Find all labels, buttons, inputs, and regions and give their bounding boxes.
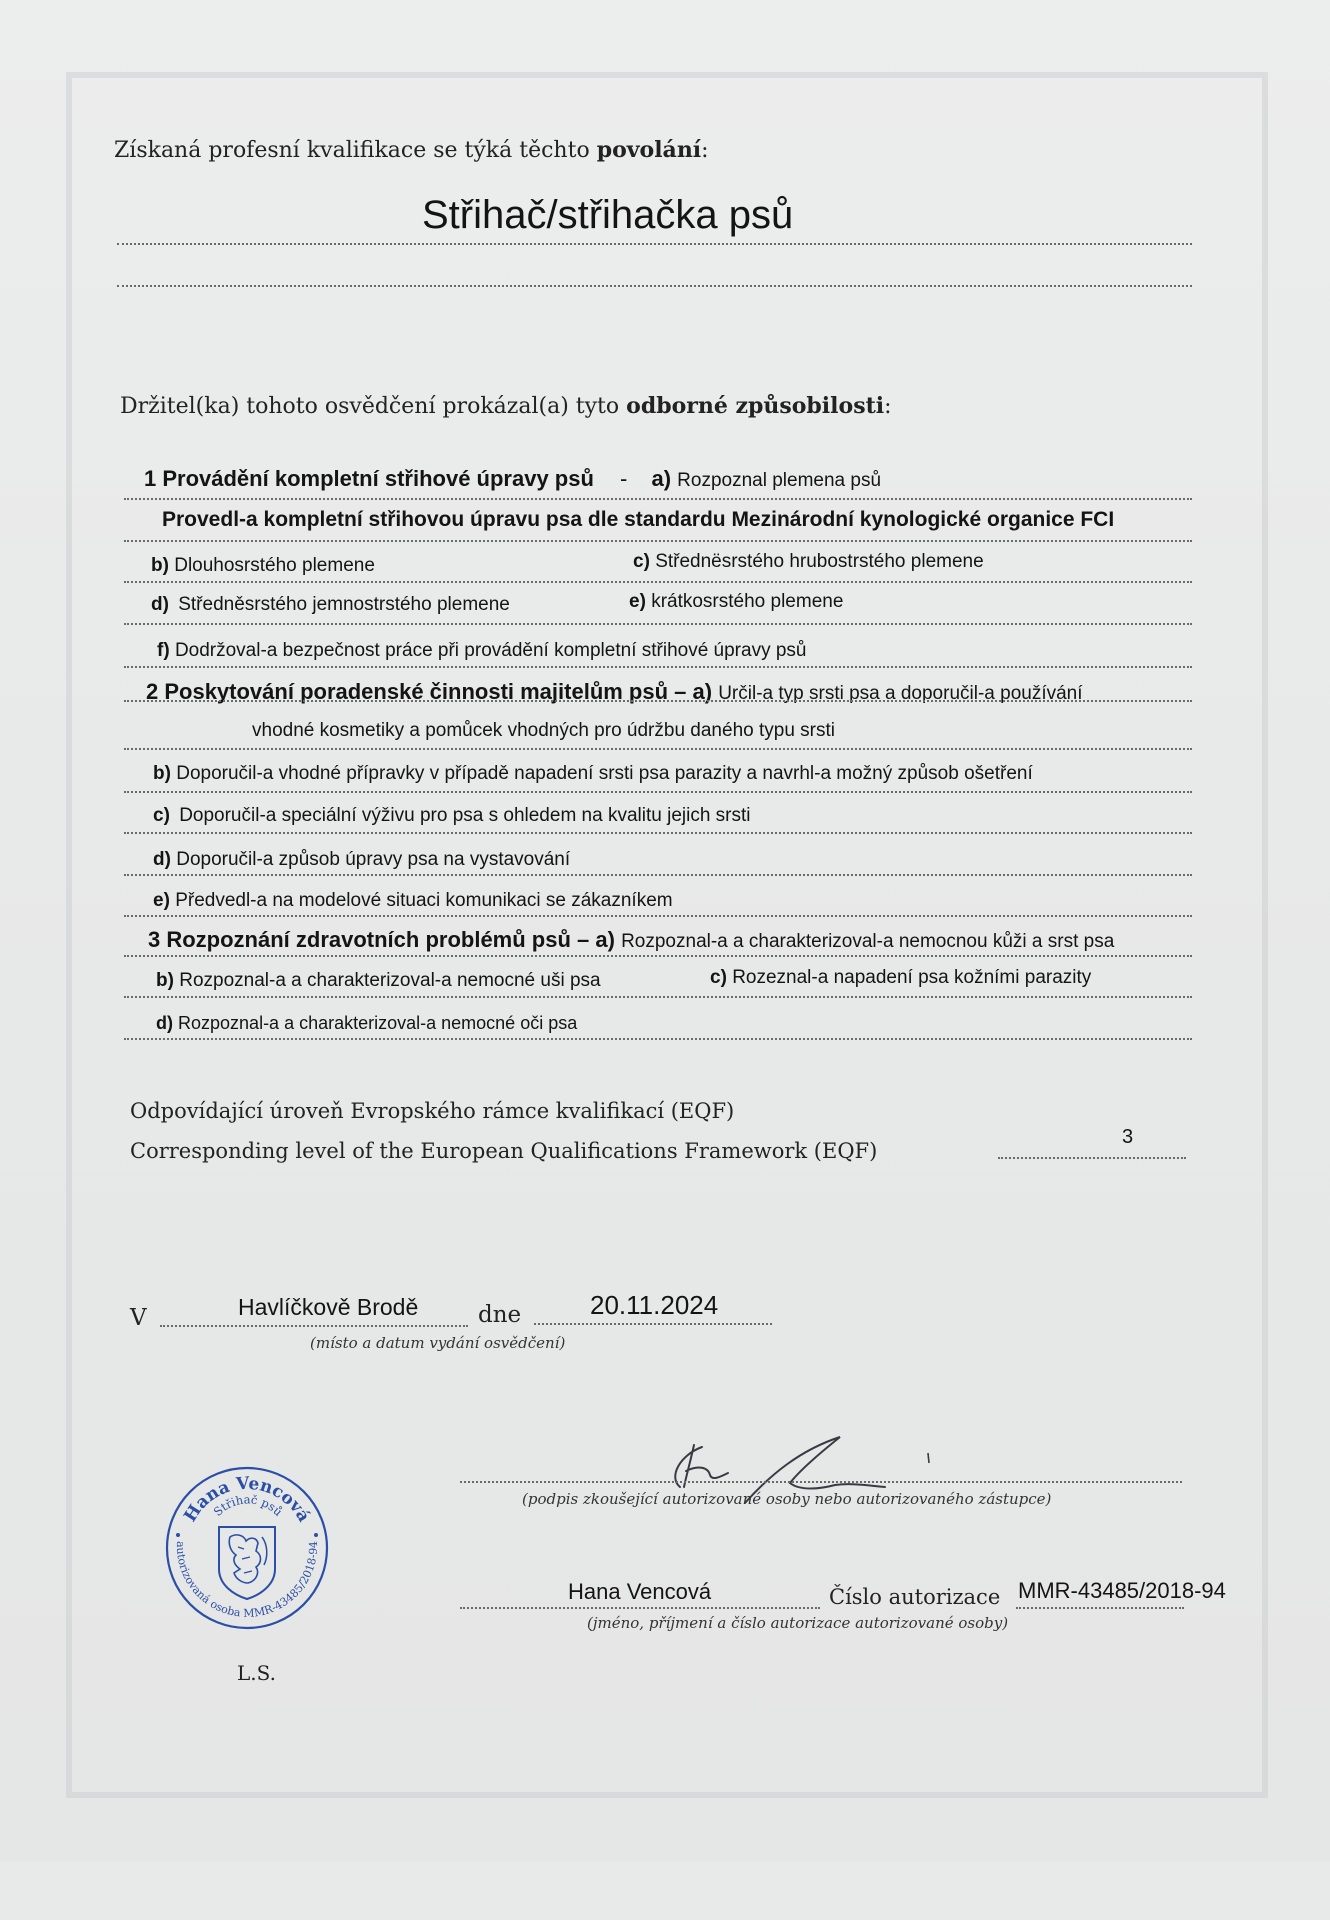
eqf-label-en: Corresponding level of the European Qual… <box>130 1139 877 1163</box>
authorized-person-caption: (jméno, příjmení a číslo autorizace auto… <box>587 1614 1008 1632</box>
place-prefix: V <box>130 1305 147 1331</box>
section1-e-text: krátkosrstého plemene <box>651 591 843 612</box>
dotted-line <box>460 1607 820 1609</box>
competencies-intro-text: Držitel(ka) tohoto osvědčení prokázal(a)… <box>120 394 626 419</box>
section1-item-c: c) Střednësrstého hrubostrstého plemene <box>633 551 984 573</box>
competencies-intro-bold: odborné způsobilosti <box>626 393 884 419</box>
section2-item-c: c) Doporučil-a speciální výživu pro psa … <box>153 805 751 827</box>
section2-item-e: e) Předvedl-a na modelové situaci komuni… <box>153 890 673 912</box>
occupation-intro: Získaná profesní kvalifikace se týká těc… <box>114 137 709 163</box>
dotted-line <box>124 700 1192 702</box>
section2-e-label: e) <box>153 890 170 911</box>
dotted-line <box>1016 1607 1184 1609</box>
section1-f-label: f) <box>157 640 170 661</box>
occupation-intro-text: Získaná profesní kvalifikace se týká těc… <box>114 138 597 163</box>
dotted-line <box>124 915 1192 917</box>
eqf-label-cz: Odpovídající úroveň Evropského rámce kva… <box>130 1099 734 1123</box>
section2-e-text: Předvedl-a na modelové situaci komunikac… <box>175 890 672 911</box>
section1-c-text: Střednësrstého hrubostrstého plemene <box>655 551 983 572</box>
section1-c-label: c) <box>633 551 650 572</box>
section3-title-row: 3 Rozpoznání zdravotních problémů psů – … <box>148 927 1114 953</box>
section3-d-text: Rozpoznal-a a charakterizoval-a nemocné … <box>178 1013 577 1033</box>
section3-b-text: Rozpoznal-a a charakterizoval-a nemocné … <box>179 970 600 991</box>
dotted-line <box>124 498 1192 500</box>
section1-d-label: d) <box>151 594 169 615</box>
section2-item-b: b) Doporučil-a vhodné přípravky v případ… <box>153 763 1033 785</box>
section1-f-text: Dodržoval-a bezpečnost práce při provádě… <box>175 640 807 661</box>
dotted-line <box>998 1157 1186 1159</box>
section3-d-label: d) <box>156 1013 173 1033</box>
ls-label: L.S. <box>237 1661 276 1685</box>
section2-d-text: Doporučil-a způsob úpravy psa na vystavo… <box>176 849 570 870</box>
occupation-title: Střihač/střihačka psů <box>422 193 793 238</box>
section1-item-d: d) Středněsrstého jemnostrstého plemene <box>151 594 510 616</box>
signature-dotted-line <box>460 1481 1182 1483</box>
signature-caption: (podpis zkoušející autorizované osoby ne… <box>522 1490 1051 1508</box>
dotted-line <box>124 955 1192 957</box>
authorization-number: MMR-43485/2018-94 <box>1018 1578 1226 1604</box>
section3-item-b: b) Rozpoznal-a a charakterizoval-a nemoc… <box>156 970 601 992</box>
section1-item-e: e) krátkosrstého plemene <box>629 591 843 613</box>
dotted-line <box>124 623 1192 625</box>
dotted-line <box>124 666 1192 668</box>
occupation-intro-colon: : <box>701 138 708 163</box>
section2-b-label: b) <box>153 763 171 784</box>
official-stamp: Hana Vencová Střihač psů autorizovaná os… <box>164 1465 330 1631</box>
authorized-person-name: Hana Vencová <box>568 1579 711 1605</box>
occupation-intro-bold: povolání <box>597 137 701 163</box>
section3-title: 3 Rozpoznání zdravotních problémů psů – <box>148 927 589 952</box>
section2-c-text: Doporučil-a speciální výživu pro psa s o… <box>179 805 750 826</box>
section2-d-label: d) <box>153 849 171 870</box>
section3-b-label: b) <box>156 970 174 991</box>
section1-item-f: f) Dodržoval-a bezpečnost práce při prov… <box>157 640 807 662</box>
dotted-line <box>124 540 1192 542</box>
section1-b-label: b) <box>151 555 169 576</box>
section1-title-row: 1 Provádění kompletní střihové úpravy ps… <box>144 466 881 492</box>
dotted-line <box>124 748 1192 750</box>
dotted-line <box>124 791 1192 793</box>
section1-line2: Provedl-a kompletní střihovou úpravu psa… <box>162 508 1114 532</box>
dotted-line <box>124 996 1192 998</box>
dotted-line <box>124 1038 1192 1040</box>
section3-c-label: c) <box>710 967 727 988</box>
dotted-line <box>160 1325 468 1327</box>
competencies-intro-colon: : <box>884 394 891 419</box>
section1-d-text: Středněsrstého jemnostrstého plemene <box>178 594 510 615</box>
dotted-line <box>117 285 1192 287</box>
section1-a-text: Rozpoznal plemena psů <box>677 470 881 491</box>
dotted-line <box>124 874 1192 876</box>
competencies-intro: Držitel(ka) tohoto osvědčení prokázal(a)… <box>120 393 892 419</box>
issue-place: Havlíčkově Brodě <box>238 1294 418 1321</box>
authorization-number-label: Číslo autorizace <box>829 1585 1000 1609</box>
section1-e-label: e) <box>629 591 646 612</box>
section1-title: 1 Provádění kompletní střihové úpravy ps… <box>144 466 594 491</box>
section2-a-continuation: vhodné kosmetiky a pomůcek vhodných pro … <box>252 720 835 742</box>
section1-dash: - <box>620 466 627 491</box>
section3-a-label: a) <box>595 927 615 952</box>
section3-a-text: Rozpoznal-a a charakterizoval-a nemocnou… <box>621 931 1114 952</box>
stamp-ring-text: autorizovaná osoba MMR-43485/2018-94 <box>174 1541 320 1620</box>
svg-text:autorizovaná osoba MMR-43485/2: autorizovaná osoba MMR-43485/2018-94 <box>174 1541 320 1620</box>
section2-item-d: d) Doporučil-a způsob úpravy psa na vyst… <box>153 849 570 871</box>
dotted-line <box>124 832 1192 834</box>
section2-c-label: c) <box>153 805 170 826</box>
issue-date: 20.11.2024 <box>590 1290 718 1321</box>
surface-below-paper <box>0 1862 1330 1920</box>
dotted-line <box>534 1323 772 1325</box>
section3-c-text: Rozeznal-a napadení psa kožními parazity <box>732 967 1091 988</box>
section1-item-b: b) Dlouhosrstého plemene <box>151 555 375 577</box>
date-prefix: dne <box>478 1302 521 1328</box>
section3-item-d: d) Rozpoznal-a a charakterizoval-a nemoc… <box>156 1013 577 1034</box>
dotted-line <box>124 581 1192 583</box>
section1-b-text: Dlouhosrstého plemene <box>174 555 375 576</box>
dotted-line <box>117 243 1192 245</box>
eqf-level-value: 3 <box>1122 1126 1133 1149</box>
issue-caption: (místo a datum vydání osvědčení) <box>310 1334 565 1352</box>
coat-of-arms-lion-icon <box>219 1527 275 1599</box>
section3-item-c: c) Rozeznal-a napadení psa kožními paraz… <box>710 967 1091 989</box>
section2-b-text: Doporučil-a vhodné přípravky v případě n… <box>176 763 1033 784</box>
section1-a-label: a) <box>651 466 671 491</box>
